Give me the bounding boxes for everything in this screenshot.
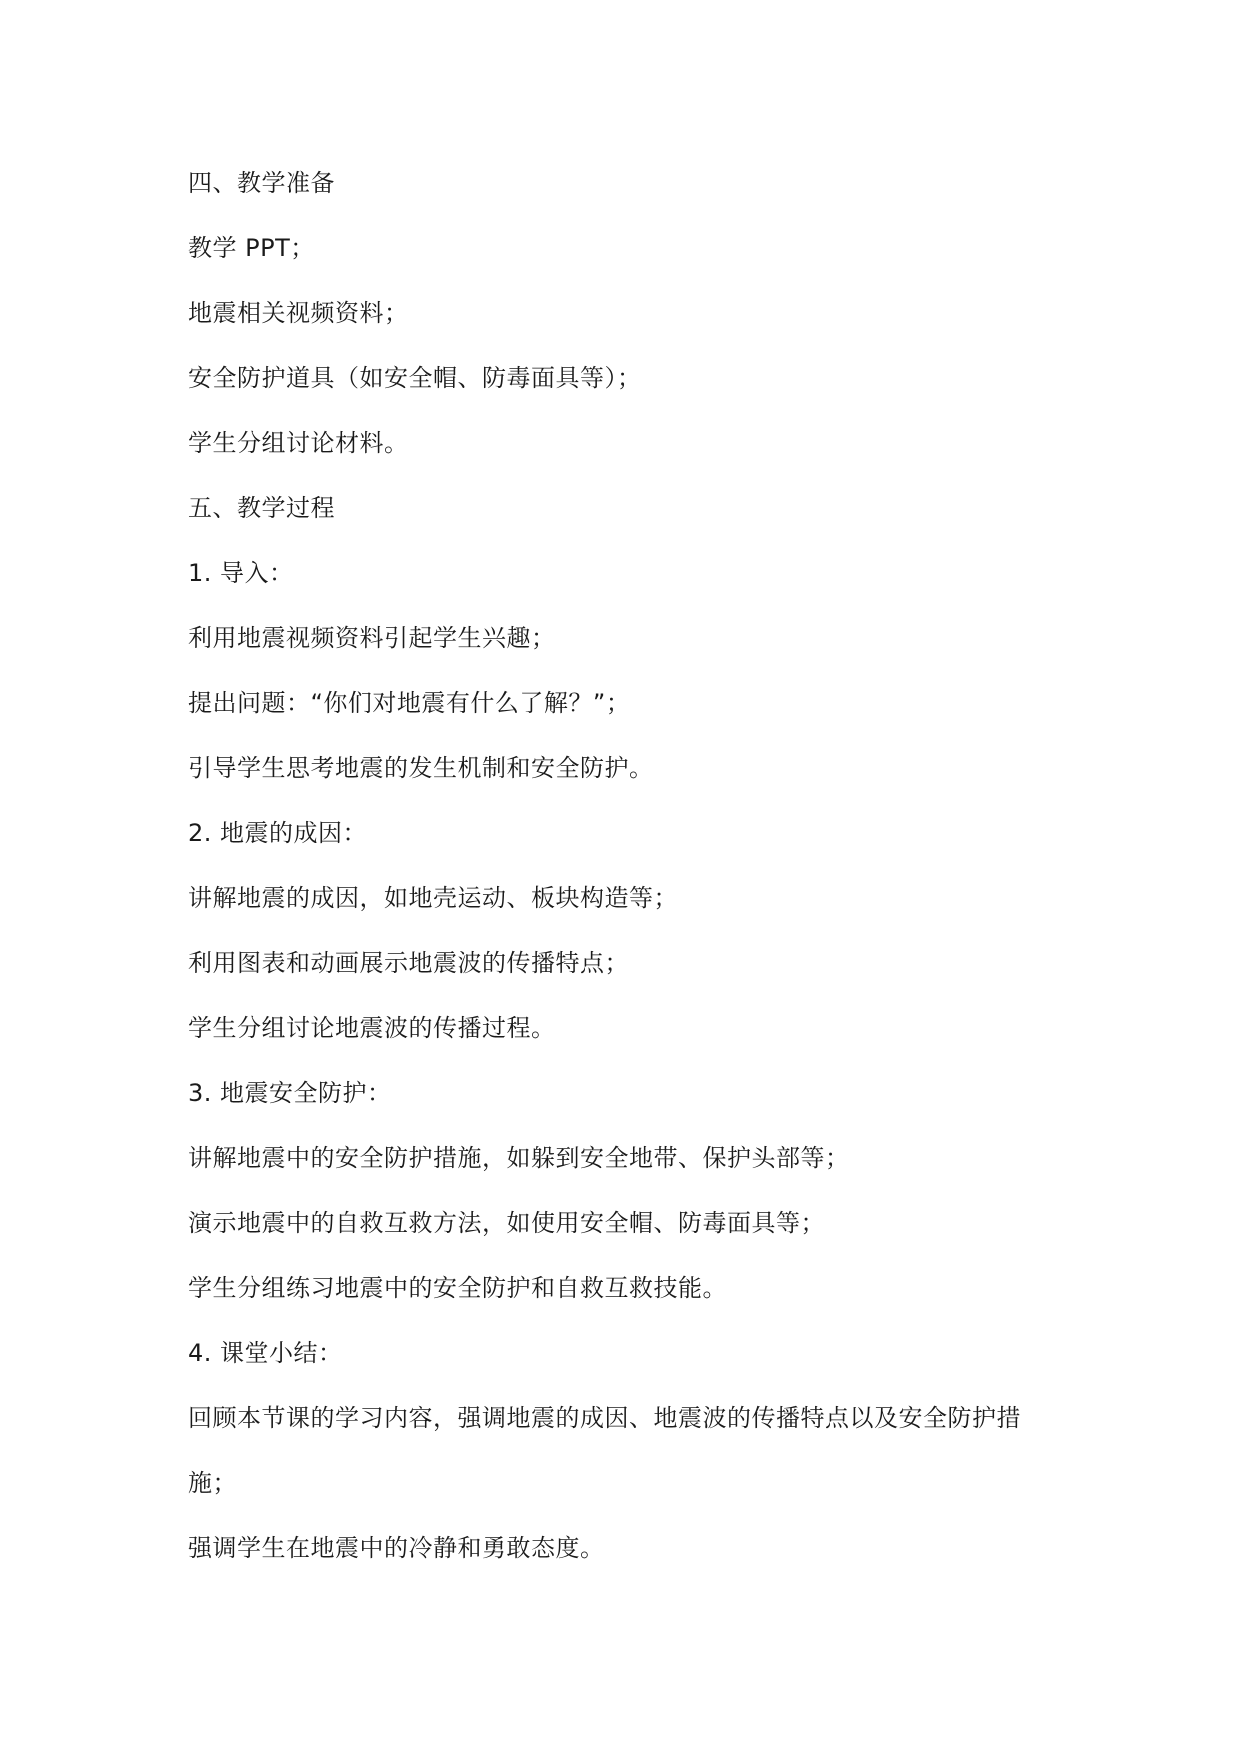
list-item: 学生分组讨论地震波的传播过程。 [188, 1013, 556, 1043]
section-heading-teaching-process: 五、教学过程 [188, 493, 335, 523]
subheading-earthquake-safety: 3. 地震安全防护： [188, 1078, 392, 1108]
list-item: 安全防护道具（如安全帽、防毒面具等）； [188, 363, 642, 393]
list-item: 讲解地震的成因，如地壳运动、板块构造等； [188, 883, 678, 913]
list-item: 教学 PPT； [188, 233, 315, 263]
subheading-earthquake-causes: 2. 地震的成因： [188, 818, 367, 848]
list-item: 学生分组讨论材料。 [188, 428, 409, 458]
list-item: 演示地震中的自救互救方法，如使用安全帽、防毒面具等； [188, 1208, 825, 1238]
list-item: 讲解地震中的安全防护措施，如躲到安全地带、保护头部等； [188, 1143, 850, 1173]
list-item: 地震相关视频资料； [188, 298, 409, 328]
list-item-continuation: 施； [188, 1468, 237, 1498]
list-item: 学生分组练习地震中的安全防护和自救互救技能。 [188, 1273, 727, 1303]
list-item: 引导学生思考地震的发生机制和安全防护。 [188, 753, 654, 783]
document-page: 四、教学准备 教学 PPT； 地震相关视频资料； 安全防护道具（如安全帽、防毒面… [0, 0, 1240, 1753]
subheading-introduction: 1. 导入： [188, 558, 294, 588]
list-item: 利用地震视频资料引起学生兴趣； [188, 623, 556, 653]
section-heading-teaching-preparation: 四、教学准备 [188, 168, 335, 198]
list-item: 回顾本节课的学习内容，强调地震的成因、地震波的传播特点以及安全防护措 [188, 1403, 1021, 1433]
list-item: 强调学生在地震中的冷静和勇敢态度。 [188, 1533, 605, 1563]
list-item: 提出问题：“你们对地震有什么了解？”； [188, 688, 630, 718]
subheading-class-summary: 4. 课堂小结： [188, 1338, 343, 1368]
list-item: 利用图表和动画展示地震波的传播特点； [188, 948, 629, 978]
